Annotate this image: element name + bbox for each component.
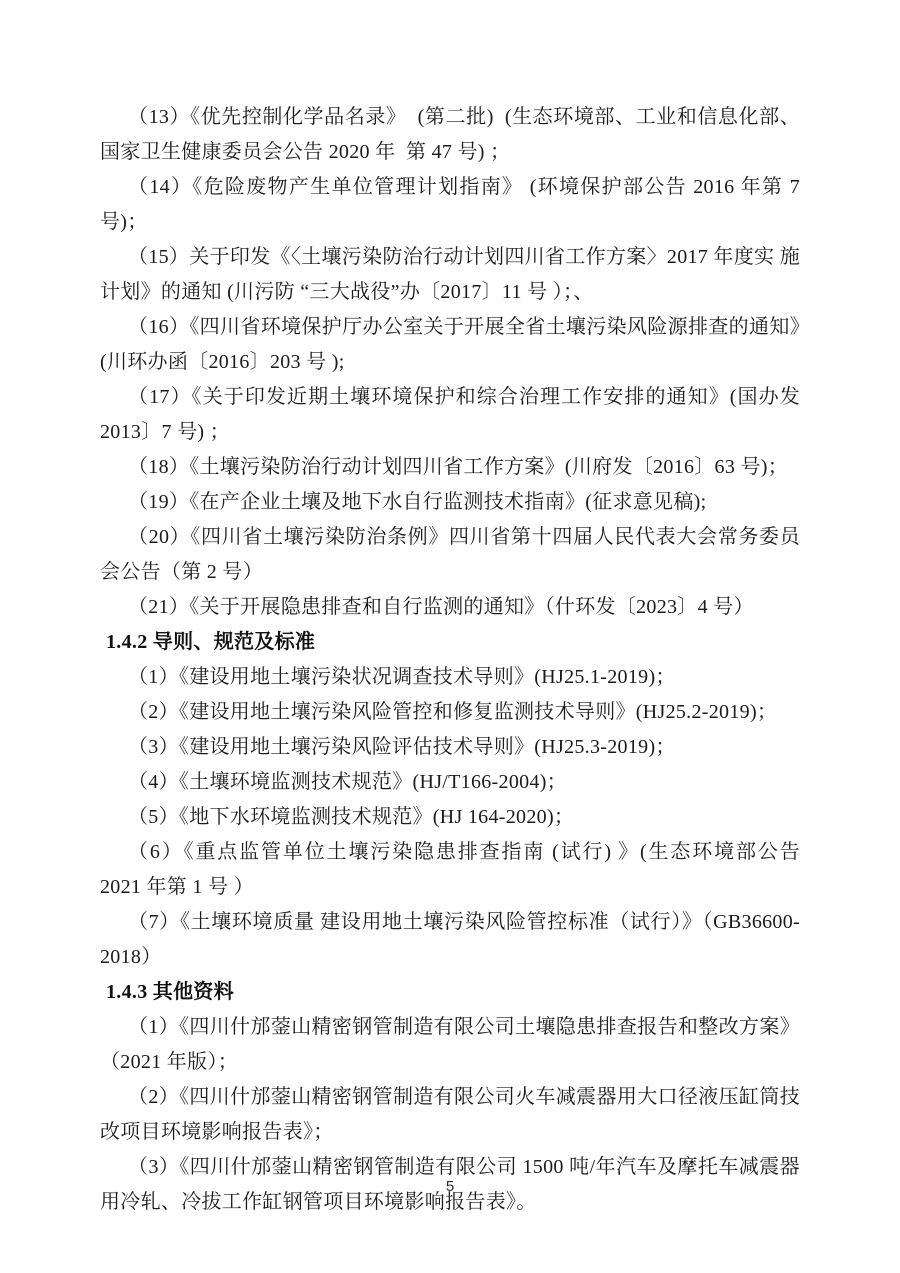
reference-item-16: （16）《四川省环境保护厅办公室关于开展全省土壤污染风险源排查的通知》(川环办函… (100, 310, 800, 380)
document-page: （13）《优先控制化学品名录》 (第二批) (生态环境部、工业和信息化部、国家卫… (0, 0, 900, 1273)
section-heading-1-4-2: 1.4.2 导则、规范及标准 (100, 625, 800, 660)
reference-item-18: （18）《土壤污染防治行动计划四川省工作方案》(川府发〔2016〕63 号)； (100, 450, 800, 485)
reference-item-21: （21）《关于开展隐患排查和自行监测的通知》（什环发〔2023〕4 号） (100, 590, 800, 625)
page-body: （13）《优先控制化学品名录》 (第二批) (生态环境部、工业和信息化部、国家卫… (100, 100, 800, 1220)
reference-item-15: （15）关于印发《〈土壤污染防治行动计划四川省工作方案〉2017 年度实 施计划… (100, 240, 800, 310)
reference-item-17: （17）《关于印发近期土壤环境保护和综合治理工作安排的通知》(国办发 2013〕… (100, 380, 800, 450)
guideline-item-4: （4）《土壤环境监测技术规范》(HJ/T166-2004)； (100, 765, 800, 800)
guideline-item-6: （6）《重点监管单位土壤污染隐患排查指南 (试行) 》(生态环境部公告 2021… (100, 835, 800, 905)
guideline-item-1: （1）《建设用地土壤污染状况调查技术导则》(HJ25.1-2019)； (100, 660, 800, 695)
guideline-item-3: （3）《建设用地土壤污染风险评估技术导则》(HJ25.3-2019)； (100, 730, 800, 765)
other-material-item-1: （1）《四川什邡蓥山精密钢管制造有限公司土壤隐患排查报告和整改方案》（2021 … (100, 1010, 800, 1080)
reference-item-14: （14）《危险废物产生单位管理计划指南》 (环境保护部公告 2016 年第 7 … (100, 170, 800, 240)
guideline-item-7: （7）《土壤环境质量 建设用地土壤污染风险管控标准（试行）》（GB36600-2… (100, 905, 800, 975)
reference-item-19: （19）《在产企业土壤及地下水自行监测技术指南》(征求意见稿); (100, 485, 800, 520)
guideline-item-5: （5）《地下水环境监测技术规范》(HJ 164-2020)； (100, 800, 800, 835)
reference-item-20: （20）《四川省土壤污染防治条例》四川省第十四届人民代表大会常务委员会公告（第 … (100, 520, 800, 590)
page-number: 5 (0, 1178, 900, 1195)
guideline-item-2: （2）《建设用地土壤污染风险管控和修复监测技术导则》(HJ25.2-2019)； (100, 695, 800, 730)
section-heading-1-4-3: 1.4.3 其他资料 (100, 975, 800, 1010)
reference-item-13: （13）《优先控制化学品名录》 (第二批) (生态环境部、工业和信息化部、国家卫… (100, 100, 800, 170)
other-material-item-2: （2）《四川什邡蓥山精密钢管制造有限公司火车减震器用大口径液压缸筒技改项目环境影… (100, 1080, 800, 1150)
